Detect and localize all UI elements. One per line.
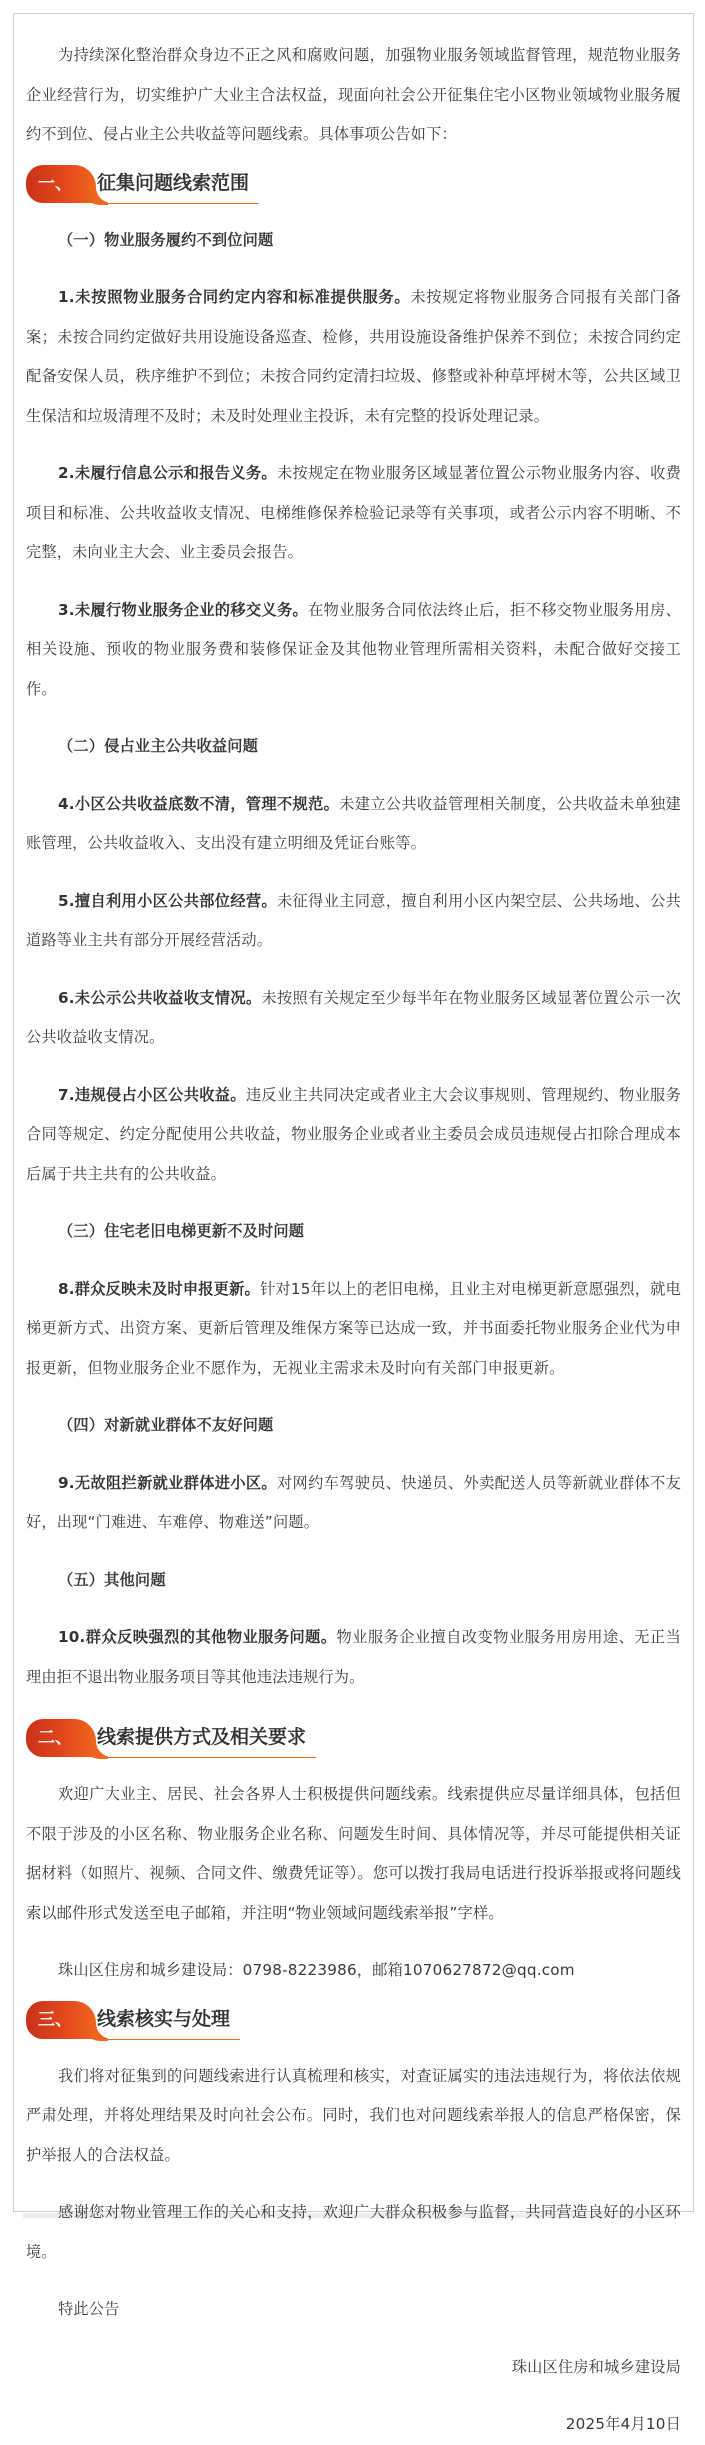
section-number-badge: 二、: [26, 1719, 96, 1757]
issue-lead: 8.群众反映未及时申报更新。: [58, 1280, 260, 1298]
body-paragraph: 感谢您对物业管理工作的关心和支持，欢迎广大群众积极参与监督，共同营造良好的小区环…: [26, 2193, 681, 2272]
issue-item: 6.未公示公共收益收支情况。未按照有关规定至少每半年在物业服务区域显著位置公示一…: [26, 979, 681, 1058]
subsection-title: （二）侵占业主公共收益问题: [26, 727, 681, 767]
section-heading-2: 二、 线索提供方式及相关要求: [26, 1717, 681, 1769]
issue-lead: 5.擅自利用小区公共部位经营。: [58, 892, 277, 910]
section-title: 线索提供方式及相关要求: [95, 1717, 316, 1758]
section-heading-3: 三、 线索核实与处理: [26, 1999, 681, 2051]
issue-item: 3.未履行物业服务企业的移交义务。在物业服务合同依法终止后，拒不移交物业服务用房…: [26, 591, 681, 710]
issue-item: 8.群众反映未及时申报更新。针对15年以上的老旧电梯，且业主对电梯更新意愿强烈，…: [26, 1270, 681, 1389]
subsection-title: （五）其他问题: [26, 1561, 681, 1601]
contact-separator: ，邮箱: [357, 1961, 403, 1979]
issue-item: 4.小区公共收益底数不清，管理不规范。未建立公共收益管理相关制度，公共收益未单独…: [26, 785, 681, 864]
signature-org: 珠山区住房和城乡建设局: [26, 2348, 681, 2388]
issue-item: 10.群众反映强烈的其他物业服务问题。物业服务企业擅自改变物业服务用房用途、无正…: [26, 1618, 681, 1697]
section-title: 线索核实与处理: [95, 1999, 240, 2040]
issue-lead: 10.群众反映强烈的其他物业服务问题。: [58, 1628, 337, 1646]
section-number-badge: 一、: [26, 165, 96, 203]
issue-item: 1.未按照物业服务合同约定内容和标准提供服务。未按规定将物业服务合同报有关部门备…: [26, 278, 681, 436]
issue-lead: 2.未履行信息公示和报告义务。: [58, 464, 277, 482]
issue-item: 2.未履行信息公示和报告义务。未按规定在物业服务区域显著位置公示物业服务内容、收…: [26, 454, 681, 573]
issue-item: 7.违规侵占小区公共收益。违反业主共同决定或者业主大会议事规则、管理规约、物业服…: [26, 1076, 681, 1195]
issue-lead: 7.违规侵占小区公共收益。: [58, 1086, 246, 1104]
issue-lead: 4.小区公共收益底数不清，管理不规范。: [58, 795, 339, 813]
issue-text: 未按规定将物业服务合同报有关部门备案；未按合同约定做好共用设施设备巡查、检修，共…: [26, 288, 681, 425]
body-paragraph: 我们将对征集到的问题线索进行认真梳理和核实，对查证属实的违法违规行为，将依法依规…: [26, 2057, 681, 2176]
issue-lead: 3.未履行物业服务企业的移交义务。: [58, 601, 308, 619]
subsection-title: （三）住宅老旧电梯更新不及时问题: [26, 1212, 681, 1252]
contact-email: 1070627872@qq.com: [403, 1961, 575, 1979]
issue-lead: 1.未按照物业服务合同约定内容和标准提供服务。: [58, 288, 410, 306]
issue-item: 9.无故阻拦新就业群体进小区。对网约车驾驶员、快递员、外卖配送人员等新就业群体不…: [26, 1464, 681, 1543]
closing-text: 特此公告: [26, 2290, 681, 2330]
section-number-badge: 三、: [26, 2001, 96, 2039]
section-title: 征集问题线索范围: [95, 163, 259, 204]
intro-paragraph: 为持续深化整治群众身边不正之风和腐败问题，加强物业服务领域监督管理，规范物业服务…: [26, 36, 681, 155]
issue-lead: 6.未公示公共收益收支情况。: [58, 989, 261, 1007]
issue-lead: 9.无故阻拦新就业群体进小区。: [58, 1474, 277, 1492]
subsection-title: （一）物业服务履约不到位问题: [26, 221, 681, 261]
body-paragraph: 欢迎广大业主、居民、社会各界人士积极提供问题线索。线索提供应尽量详细具体，包括但…: [26, 1775, 681, 1933]
notice-content: 为持续深化整治群众身边不正之风和腐败问题，加强物业服务领域监督管理，规范物业服务…: [26, 36, 681, 2445]
contact-label: 珠山区住房和城乡建设局：: [58, 1961, 243, 1979]
contact-phone: 0798-8223986: [243, 1961, 357, 1979]
subsection-title: （四）对新就业群体不友好问题: [26, 1406, 681, 1446]
contact-line: 珠山区住房和城乡建设局：0798-8223986，邮箱1070627872@qq…: [26, 1951, 681, 1991]
signature-date: 2025年4月10日: [26, 2405, 681, 2445]
issue-item: 5.擅自利用小区公共部位经营。未征得业主同意，擅自利用小区内架空层、公共场地、公…: [26, 882, 681, 961]
section-heading-1: 一、 征集问题线索范围: [26, 163, 681, 215]
